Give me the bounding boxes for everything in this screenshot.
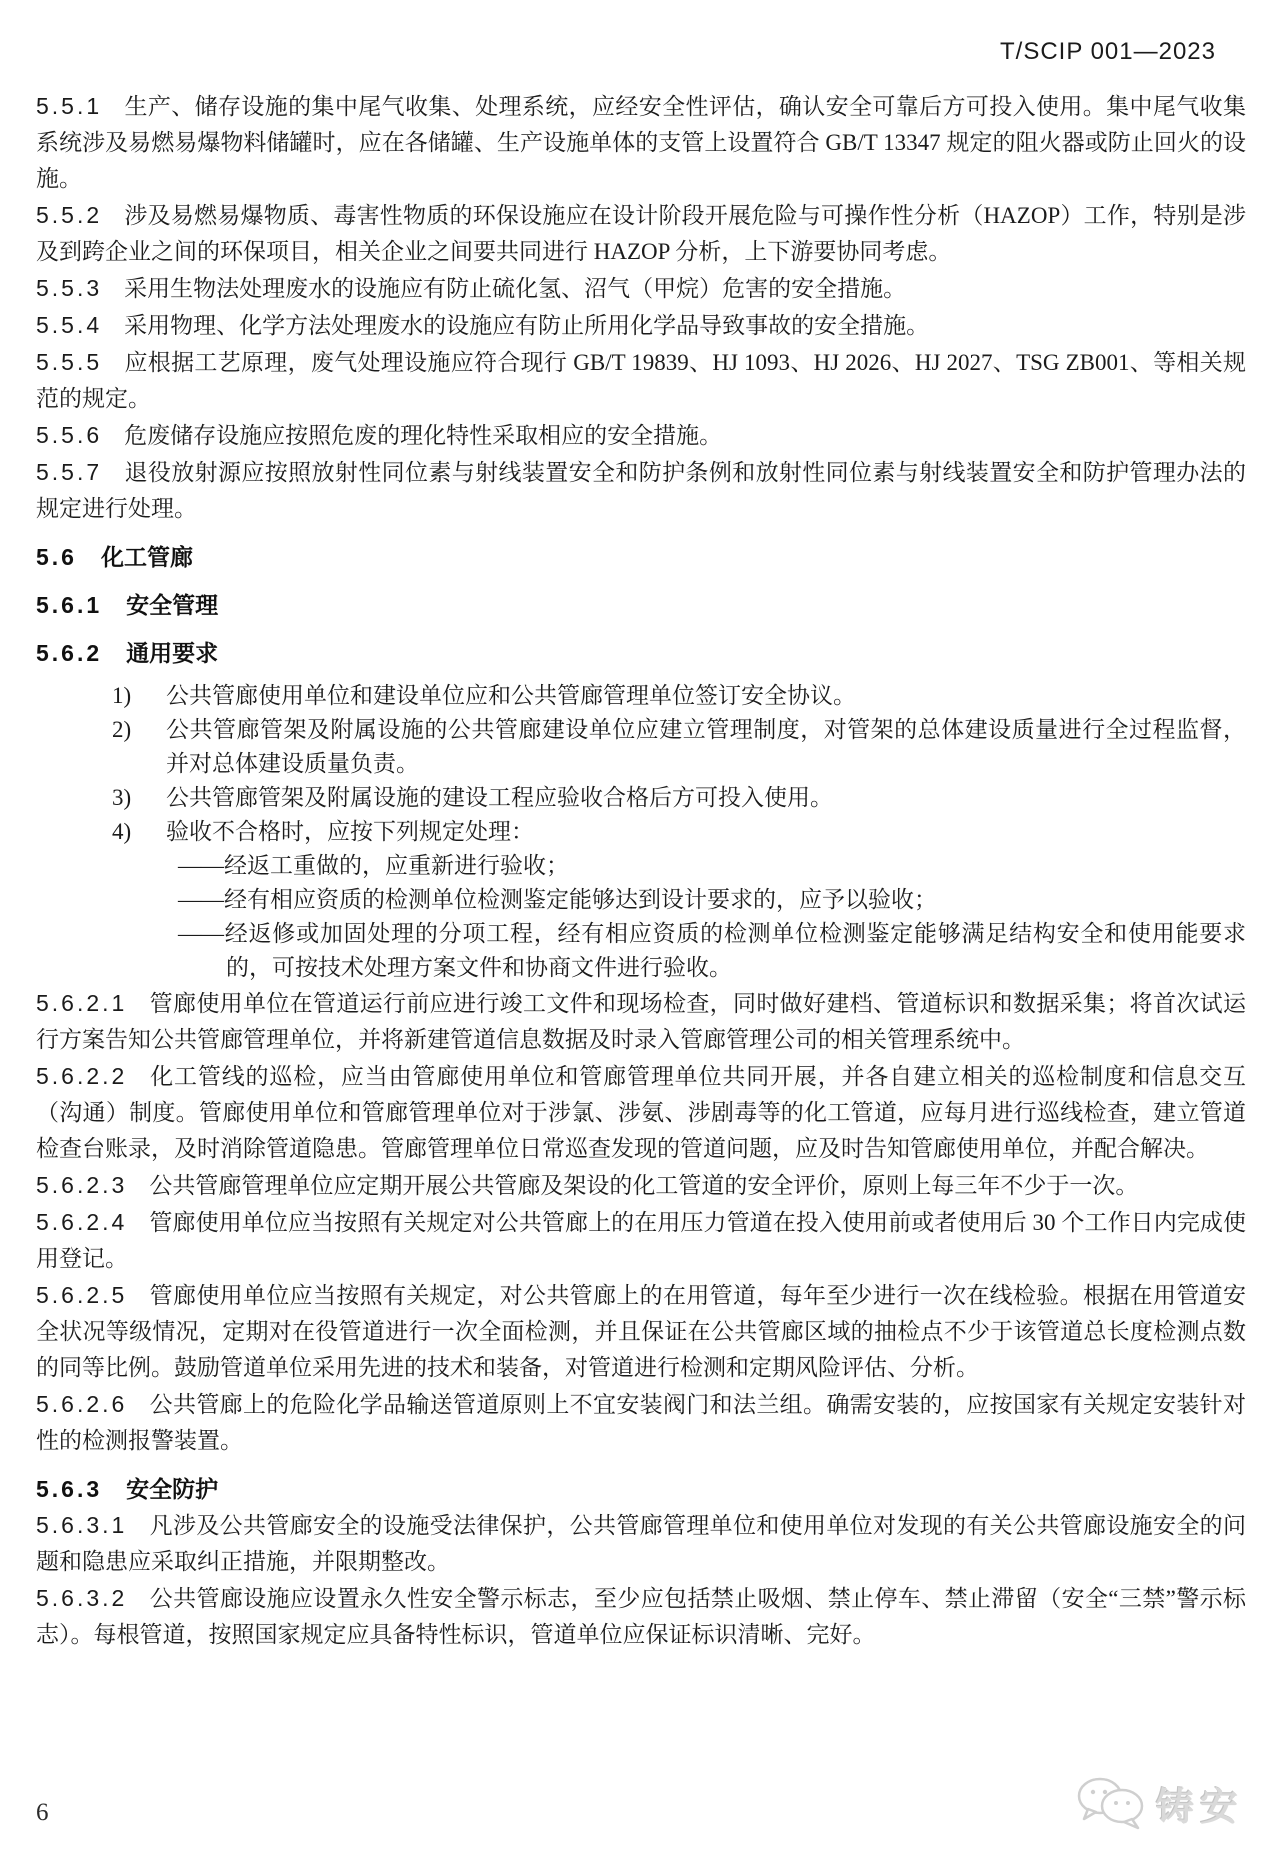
- clause-text: 化工管线的巡检，应当由管廊使用单位和管廊管理单位共同开展，并各自建立相关的巡检制…: [36, 1064, 1246, 1161]
- document-page: T/SCIP 001—2023 5.5.1生产、储存设施的集中尾气收集、处理系统…: [0, 0, 1280, 1863]
- clause-number: 5.5.3: [36, 275, 102, 301]
- list-item-text: 验收不合格时，应按下列规定处理：: [166, 819, 534, 844]
- clause-text: 生产、储存设施的集中尾气收集、处理系统，应经安全性评估，确认安全可靠后方可投入使…: [36, 94, 1246, 191]
- list-marker: 4): [112, 815, 131, 849]
- clause-text: 应根据工艺原理，废气处理设施应符合现行 GB/T 19839、HJ 1093、H…: [36, 350, 1246, 411]
- document-body: 5.5.1生产、储存设施的集中尾气收集、处理系统，应经安全性评估，确认安全可靠后…: [0, 66, 1280, 1653]
- list-marker: 2): [112, 713, 131, 747]
- clause-number: 5.6.3.1: [36, 1512, 127, 1538]
- clause-number: 5.5.5: [36, 349, 102, 375]
- clause-text: 管廊使用单位应当按照有关规定对公共管廊上的在用压力管道在投入使用前或者使用后 3…: [36, 1210, 1246, 1271]
- list-marker: 3): [112, 781, 131, 815]
- clause-5-6-2-3: 5.6.2.3公共管廊管理单位应定期开展公共管廊及架设的化工管道的安全评价，原则…: [36, 1167, 1246, 1204]
- clause-5-5-3: 5.5.3采用生物法处理废水的设施应有防止硫化氢、沼气（甲烷）危害的安全措施。: [36, 270, 1246, 307]
- heading-title: 化工管廊: [101, 544, 193, 570]
- watermark: 铸安: [1076, 1775, 1244, 1831]
- clause-5-5-4: 5.5.4采用物理、化学方法处理废水的设施应有防止所用化学品导致事故的安全措施。: [36, 307, 1246, 344]
- clause-number: 5.6.2.6: [36, 1391, 127, 1417]
- list-item-text: 公共管廊管架及附属设施的公共管廊建设单位应建立管理制度，对管架的总体建设质量进行…: [166, 717, 1246, 776]
- clause-text: 涉及易燃易爆物质、毒害性物质的环保设施应在设计阶段开展危险与可操作性分析（HAZ…: [36, 203, 1246, 264]
- clause-number: 5.5.1: [36, 93, 102, 119]
- list-item-2: 2)公共管廊管架及附属设施的公共管廊建设单位应建立管理制度，对管架的总体建设质量…: [36, 713, 1246, 781]
- clause-text: 公共管廊设施应设置永久性安全警示标志，至少应包括禁止吸烟、禁止停车、禁止滞留（安…: [36, 1586, 1246, 1647]
- heading-number: 5.6: [36, 544, 77, 570]
- clause-text: 管廊使用单位在管道运行前应进行竣工文件和现场检查，同时做好建档、管道标识和数据采…: [36, 991, 1246, 1052]
- heading-title: 通用要求: [126, 640, 218, 666]
- clause-text: 凡涉及公共管廊安全的设施受法律保护，公共管廊管理单位和使用单位对发现的有关公共管…: [36, 1513, 1246, 1574]
- clause-number: 5.6.2.1: [36, 990, 127, 1016]
- clause-text: 退役放射源应按照放射性同位素与射线装置安全和防护条例和放射性同位素与射线装置安全…: [36, 460, 1246, 521]
- heading-number: 5.6.3: [36, 1476, 102, 1502]
- clause-5-6-2-4: 5.6.2.4管廊使用单位应当按照有关规定对公共管廊上的在用压力管道在投入使用前…: [36, 1204, 1246, 1277]
- clause-5-6-3-2: 5.6.3.2公共管廊设施应设置永久性安全警示标志，至少应包括禁止吸烟、禁止停车…: [36, 1580, 1246, 1653]
- heading-number: 5.6.1: [36, 592, 102, 618]
- doc-code: T/SCIP 001—2023: [1000, 38, 1216, 65]
- clause-number: 5.6.2.5: [36, 1282, 127, 1308]
- list-item-3: 3)公共管廊管架及附属设施的建设工程应验收合格后方可投入使用。: [36, 781, 1246, 815]
- list-item-4: 4)验收不合格时，应按下列规定处理：: [36, 815, 1246, 849]
- clause-number: 5.5.2: [36, 202, 102, 228]
- clause-text: 危废储存设施应按照危废的理化特性采取相应的安全措施。: [124, 423, 722, 448]
- wechat-logo-icon: [1076, 1775, 1148, 1831]
- clause-number: 5.6.2.3: [36, 1172, 127, 1198]
- clause-text: 公共管廊管理单位应定期开展公共管廊及架设的化工管道的安全评价，原则上每三年不少于…: [149, 1173, 1138, 1198]
- numbered-list: 1)公共管廊使用单位和建设单位应和公共管廊管理单位签订安全协议。 2)公共管廊管…: [36, 679, 1246, 985]
- clause-number: 5.5.7: [36, 459, 102, 485]
- watermark-text: 铸安: [1156, 1776, 1244, 1831]
- clause-5-6-2-6: 5.6.2.6公共管廊上的危险化学品输送管道原则上不宜安装阀门和法兰组。确需安装…: [36, 1386, 1246, 1459]
- clause-5-6-2-2: 5.6.2.2化工管线的巡检，应当由管廊使用单位和管廊管理单位共同开展，并各自建…: [36, 1058, 1246, 1167]
- list-item-text: 公共管廊使用单位和建设单位应和公共管廊管理单位签订安全协议。: [166, 683, 856, 708]
- clause-text: 公共管廊上的危险化学品输送管道原则上不宜安装阀门和法兰组。确需安装的，应按国家有…: [36, 1392, 1246, 1453]
- clause-5-5-7: 5.5.7退役放射源应按照放射性同位素与射线装置安全和防护条例和放射性同位素与射…: [36, 454, 1246, 527]
- clause-number: 5.6.2.4: [36, 1209, 127, 1235]
- clause-text: 采用生物法处理废水的设施应有防止硫化氢、沼气（甲烷）危害的安全措施。: [124, 276, 906, 301]
- list-item-1: 1)公共管廊使用单位和建设单位应和公共管廊管理单位签订安全协议。: [36, 679, 1246, 713]
- clause-5-5-6: 5.5.6危废储存设施应按照危废的理化特性采取相应的安全措施。: [36, 417, 1246, 454]
- clause-5-5-5: 5.5.5应根据工艺原理，废气处理设施应符合现行 GB/T 19839、HJ 1…: [36, 344, 1246, 417]
- clause-5-6-2-5: 5.6.2.5管廊使用单位应当按照有关规定，对公共管廊上的在用管道，每年至少进行…: [36, 1277, 1246, 1386]
- heading-title: 安全管理: [126, 592, 218, 618]
- dash-item-1: ——经返工重做的，应重新进行验收；: [36, 849, 1246, 883]
- header: T/SCIP 001—2023: [0, 0, 1280, 66]
- page-number: 6: [36, 1799, 49, 1827]
- section-heading-5-6-2: 5.6.2通用要求: [36, 635, 1246, 671]
- clause-5-5-1: 5.5.1生产、储存设施的集中尾气收集、处理系统，应经安全性评估，确认安全可靠后…: [36, 88, 1246, 197]
- dash-item-3: ——经返修或加固处理的分项工程，经有相应资质的检测单位检测鉴定能够满足结构安全和…: [36, 917, 1246, 985]
- clause-5-5-2: 5.5.2涉及易燃易爆物质、毒害性物质的环保设施应在设计阶段开展危险与可操作性分…: [36, 197, 1246, 270]
- heading-number: 5.6.2: [36, 640, 102, 666]
- clause-text: 采用物理、化学方法处理废水的设施应有防止所用化学品导致事故的安全措施。: [124, 313, 929, 338]
- dash-item-2: ——经有相应资质的检测单位检测鉴定能够达到设计要求的，应予以验收；: [36, 883, 1246, 917]
- clause-5-6-2-1: 5.6.2.1管廊使用单位在管道运行前应进行竣工文件和现场检查，同时做好建档、管…: [36, 985, 1246, 1058]
- section-heading-5-6: 5.6化工管廊: [36, 539, 1246, 575]
- clause-number: 5.6.2.2: [36, 1063, 127, 1089]
- clause-text: 管廊使用单位应当按照有关规定，对公共管廊上的在用管道，每年至少进行一次在线检验。…: [36, 1283, 1246, 1380]
- list-marker: 1): [112, 679, 131, 713]
- clause-number: 5.5.4: [36, 312, 102, 338]
- section-heading-5-6-1: 5.6.1安全管理: [36, 587, 1246, 623]
- heading-title: 安全防护: [126, 1476, 218, 1502]
- clause-number: 5.6.3.2: [36, 1585, 127, 1611]
- clause-5-6-3-1: 5.6.3.1凡涉及公共管廊安全的设施受法律保护，公共管廊管理单位和使用单位对发…: [36, 1507, 1246, 1580]
- list-item-text: 公共管廊管架及附属设施的建设工程应验收合格后方可投入使用。: [166, 785, 833, 810]
- clause-number: 5.5.6: [36, 422, 102, 448]
- section-heading-5-6-3: 5.6.3安全防护: [36, 1471, 1246, 1507]
